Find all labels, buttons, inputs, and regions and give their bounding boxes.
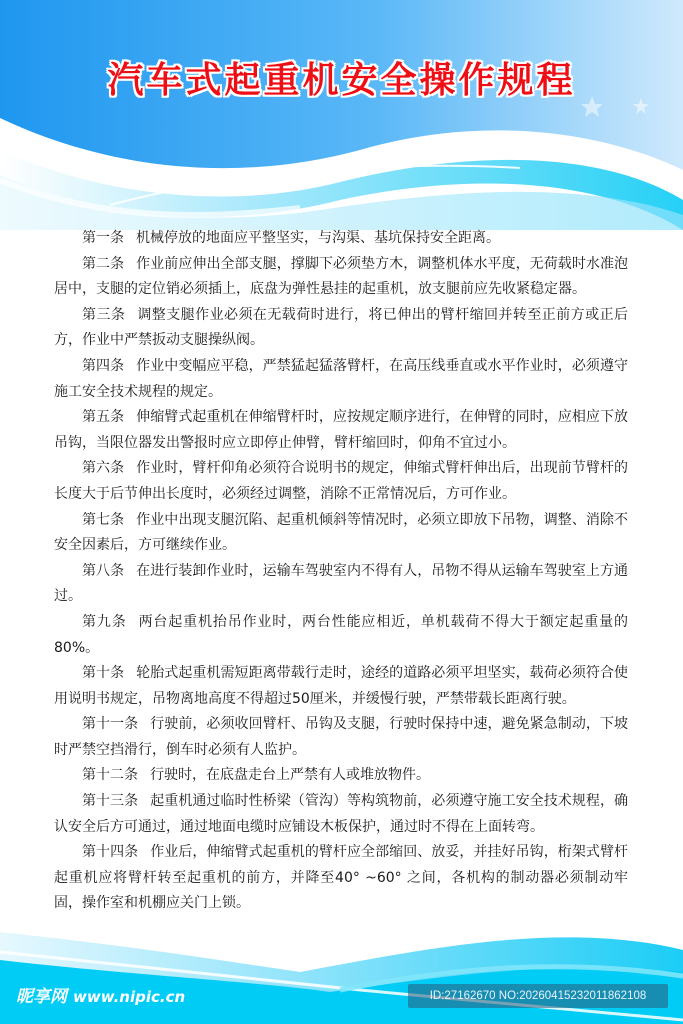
article-text: 起重机通过临时性桥梁（管沟）等构筑物前，必须遵守施工安全技术规程，确认安全后方可… [54, 793, 628, 835]
article-number: 第五条 [82, 409, 124, 425]
article-text: 作业中变幅应平稳，严禁猛起猛落臂杆，在高压线垂直或水平作业时，必须遵守施工安全技… [54, 358, 628, 400]
article-number: 第十二条 [82, 767, 138, 783]
article-text: 作业中出现支腿沉陷、起重机倾斜等情况时，必须立即放下吊物，调整、消除不安全因素后… [54, 512, 628, 554]
article-text: 作业后，伸缩臂式起重机的臂杆应全部缩回、放妥，并挂好吊钩，桁架式臂杆起重机应将臂… [54, 844, 628, 911]
article-4: 第四条作业中变幅应平稳，严禁猛起猛落臂杆，在高压线垂直或水平作业时，必须遵守施工… [54, 354, 628, 405]
article-number: 第九条 [82, 614, 127, 630]
header-banner: 汽车式起重机安全操作规程 [0, 0, 683, 230]
article-7: 第七条作业中出现支腿沉陷、起重机倾斜等情况时，必须立即放下吊物，调整、消除不安全… [54, 508, 628, 559]
article-3: 第三条调整支腿作业必须在无载荷时进行，将已伸出的臂杆缩回并转至正前方或正后方，作… [54, 303, 628, 354]
footer-banner [0, 920, 683, 1024]
article-text: 两台起重机抬吊作业时，两台性能应相近，单机载荷不得大于额定起重量的80%。 [54, 614, 628, 656]
article-text: 在进行装卸作业时，运输车驾驶室内不得有人，吊物不得从运输车驾驶室上方通过。 [54, 563, 628, 605]
article-text: 作业前应伸出全部支腿，撑脚下必须垫方木，调整机体水平度，无荷载时水准泡居中，支腿… [54, 256, 628, 298]
page-title: 汽车式起重机安全操作规程 [0, 52, 683, 103]
article-6: 第六条作业时，臂杆仰角必须符合说明书的规定，伸缩式臂杆伸出后，出现前节臂杆的长度… [54, 456, 628, 507]
logo-text: 昵享网 [16, 987, 67, 1007]
article-number: 第四条 [82, 358, 124, 374]
article-number: 第十条 [82, 665, 124, 681]
watermark-id: ID:27162670 NO:20260415232011862108 [408, 984, 668, 1008]
article-text: 作业时，臂杆仰角必须符合说明书的规定，伸缩式臂杆伸出后，出现前节臂杆的长度大于后… [54, 460, 628, 502]
article-2: 第二条作业前应伸出全部支腿，撑脚下必须垫方木，调整机体水平度，无荷载时水准泡居中… [54, 252, 628, 303]
article-text: 伸缩臂式起重机在伸缩臂杆时，应按规定顺序进行，在伸臂的同时，应相应下放吊钩，当限… [54, 409, 628, 451]
article-number: 第十三条 [82, 793, 138, 809]
article-1: 第一条机械停放的地面应平整坚实，与沟渠、基坑保持安全距离。 [54, 226, 628, 252]
article-11: 第十一条行驶前，必须收回臂杆、吊钩及支腿，行驶时保持中速，避免紧急制动，下坡时严… [54, 712, 628, 763]
article-14: 第十四条作业后，伸缩臂式起重机的臂杆应全部缩回、放妥，并挂好吊钩，桁架式臂杆起重… [54, 840, 628, 917]
article-number: 第三条 [82, 307, 125, 323]
article-number: 第二条 [82, 256, 124, 272]
nipic-logo: 昵享网www.nipic.cn [16, 982, 185, 1007]
regulations-list: 第一条机械停放的地面应平整坚实，与沟渠、基坑保持安全距离。 第二条作业前应伸出全… [56, 226, 628, 917]
article-number: 第一条 [82, 230, 124, 246]
article-text: 轮胎式起重机需短距离带载行走时，途经的道路必须平坦坚实，载荷必须符合使用说明书规… [54, 665, 628, 707]
article-text: 行驶时，在底盘走台上严禁有人或堆放物件。 [150, 767, 430, 783]
logo-url: www.nipic.cn [73, 988, 185, 1006]
article-12: 第十二条行驶时，在底盘走台上严禁有人或堆放物件。 [54, 763, 628, 789]
header-background [0, 0, 683, 230]
article-9: 第九条两台起重机抬吊作业时，两台性能应相近，单机载荷不得大于额定起重量的80%。 [54, 610, 628, 661]
article-text: 机械停放的地面应平整坚实，与沟渠、基坑保持安全距离。 [136, 230, 500, 246]
article-number: 第七条 [82, 512, 124, 528]
article-13: 第十三条起重机通过临时性桥梁（管沟）等构筑物前，必须遵守施工安全技术规程，确认安… [54, 789, 628, 840]
article-10: 第十条轮胎式起重机需短距离带载行走时，途经的道路必须平坦坚实，载荷必须符合使用说… [54, 661, 628, 712]
article-number: 第十一条 [82, 716, 138, 732]
article-8: 第八条在进行装卸作业时，运输车驾驶室内不得有人，吊物不得从运输车驾驶室上方通过。 [54, 559, 628, 610]
footer-background [0, 920, 683, 1024]
article-number: 第六条 [82, 460, 124, 476]
article-number: 第八条 [82, 563, 124, 579]
article-text: 行驶前，必须收回臂杆、吊钩及支腿，行驶时保持中速，避免紧急制动，下坡时严禁空挡滑… [54, 716, 628, 758]
article-5: 第五条伸缩臂式起重机在伸缩臂杆时，应按规定顺序进行，在伸臂的同时，应相应下放吊钩… [54, 405, 628, 456]
article-number: 第十四条 [82, 844, 138, 860]
article-text: 调整支腿作业必须在无载荷时进行，将已伸出的臂杆缩回并转至正前方或正后方，作业中严… [54, 307, 628, 349]
